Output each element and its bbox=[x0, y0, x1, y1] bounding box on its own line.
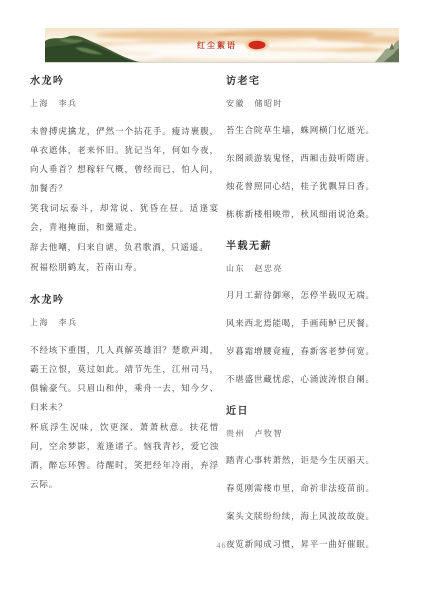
poem-paragraph: 不经垓下重围，几人真解英雄泪？楚歌声竭，霸王泣恨，莫过如此。靖节先生，江州司马，… bbox=[30, 341, 219, 417]
sun-icon bbox=[245, 39, 269, 51]
poem-title: 访老宅 bbox=[226, 76, 418, 88]
poem-author: 上海 李兵 bbox=[30, 99, 219, 109]
poem-ban-zai-wu-xin: 半载无薪 山东 赵忠亮 月月工薪待御寒，怎停半载叹无端。 风来西北焉能喝，手画莼… bbox=[226, 241, 418, 388]
poem-fang-lao-zhai: 访老宅 安徽 储昭时 苔生合院草生墙，蛛网横门忆逝光。 东阁顽游装鬼怪，西厢击鼓… bbox=[226, 76, 418, 223]
journal-page: 红尘絮语 水龙吟 上海 李兵 未曾搏虎擒龙，俨然一个拈花手。瘦诗裹腹，单衣遮体，… bbox=[0, 0, 443, 600]
poem-paragraph: 杯底浮生况味，饮更深、萧萧秋意。扶花惜问，空余梦影，羞逢诸子。恼我青衫，爱它浊酒… bbox=[30, 418, 219, 494]
poem-line: 踏青心事转萧然，讵是今生厌丽天。 bbox=[226, 452, 418, 469]
poem-paragraph: 未曾搏虎擒龙，俨然一个拈花手。瘦诗裹腹，单衣遮体，老来怀旧。犹记当年，何如今夜，… bbox=[30, 122, 219, 198]
poem-author: 上海 李兵 bbox=[30, 318, 219, 328]
poem-paragraph: 笑我词坛泰斗，却常说、犹昏在昼。适逢宴会，青袍掩面，和羹遁走。 bbox=[30, 199, 219, 237]
poem-title: 水龙吟 bbox=[30, 76, 219, 88]
poem-jin-ri: 近日 贵州 卢牧智 踏青心事转萧然，讵是今生厌丽天。 春觅刚需楼市里，命祈非法疫… bbox=[226, 406, 418, 553]
poem-line: 栋栋新楼相映带，秋风细雨说沧桑。 bbox=[226, 206, 418, 223]
poem-line: 岁暮霜增腰竟瘦，春新客老梦何宽。 bbox=[226, 343, 418, 360]
banner-title: 红尘絮语 bbox=[197, 41, 237, 50]
poem-shuilongyin-1: 水龙吟 上海 李兵 未曾搏虎擒龙，俨然一个拈花手。瘦诗裹腹，单衣遮体，老来怀旧。… bbox=[30, 76, 219, 277]
poem-author: 安徽 储昭时 bbox=[226, 99, 418, 109]
poem-title: 半载无薪 bbox=[226, 241, 418, 253]
poem-line: 东阁顽游装鬼怪，西厢击鼓听隋唐。 bbox=[226, 150, 418, 167]
poem-line: 烛花曾照同心结，桂子犹飘异日香。 bbox=[226, 178, 418, 195]
poem-author: 贵州 卢牧智 bbox=[226, 429, 418, 439]
poem-shuilongyin-2: 水龙吟 上海 李兵 不经垓下重围，几人真解英雄泪？楚歌声竭，霸王泣恨，莫过如此。… bbox=[30, 295, 219, 494]
column-right: 访老宅 安徽 储昭时 苔生合院草生墙，蛛网横门忆逝光。 东阁顽游装鬼怪，西厢击鼓… bbox=[226, 76, 418, 571]
poem-line: 春觅刚需楼市里，命祈非法疫苗前。 bbox=[226, 480, 418, 497]
poem-line: 风来西北焉能喝，手画莼鲈已厌餐。 bbox=[226, 315, 418, 332]
poem-line: 月月工薪待御寒，怎停半载叹无端。 bbox=[226, 287, 418, 304]
poem-paragraph: 祝福松朋鹤友，若南山寿。 bbox=[30, 258, 219, 277]
column-left: 水龙吟 上海 李兵 未曾搏虎擒龙，俨然一个拈花手。瘦诗裹腹，单衣遮体，老来怀旧。… bbox=[30, 76, 219, 512]
page-number: 46 bbox=[0, 541, 443, 550]
poem-title: 近日 bbox=[226, 406, 418, 418]
poem-title: 水龙吟 bbox=[30, 295, 219, 307]
poem-line: 不堪盛世藏忧虑，心涌波涛恨自阑。 bbox=[226, 371, 418, 388]
header-banner-image: 红尘絮语 bbox=[45, 28, 399, 63]
poem-author: 山东 赵忠亮 bbox=[226, 264, 418, 274]
poem-paragraph: 辞去他嘲，归来自谑，负君歌酒，只遥遥。 bbox=[30, 238, 219, 257]
poem-line: 苔生合院草生墙，蛛网横门忆逝光。 bbox=[226, 122, 418, 139]
poem-line: 案头文牍纷纷续，海上风波故故旋。 bbox=[226, 508, 418, 525]
